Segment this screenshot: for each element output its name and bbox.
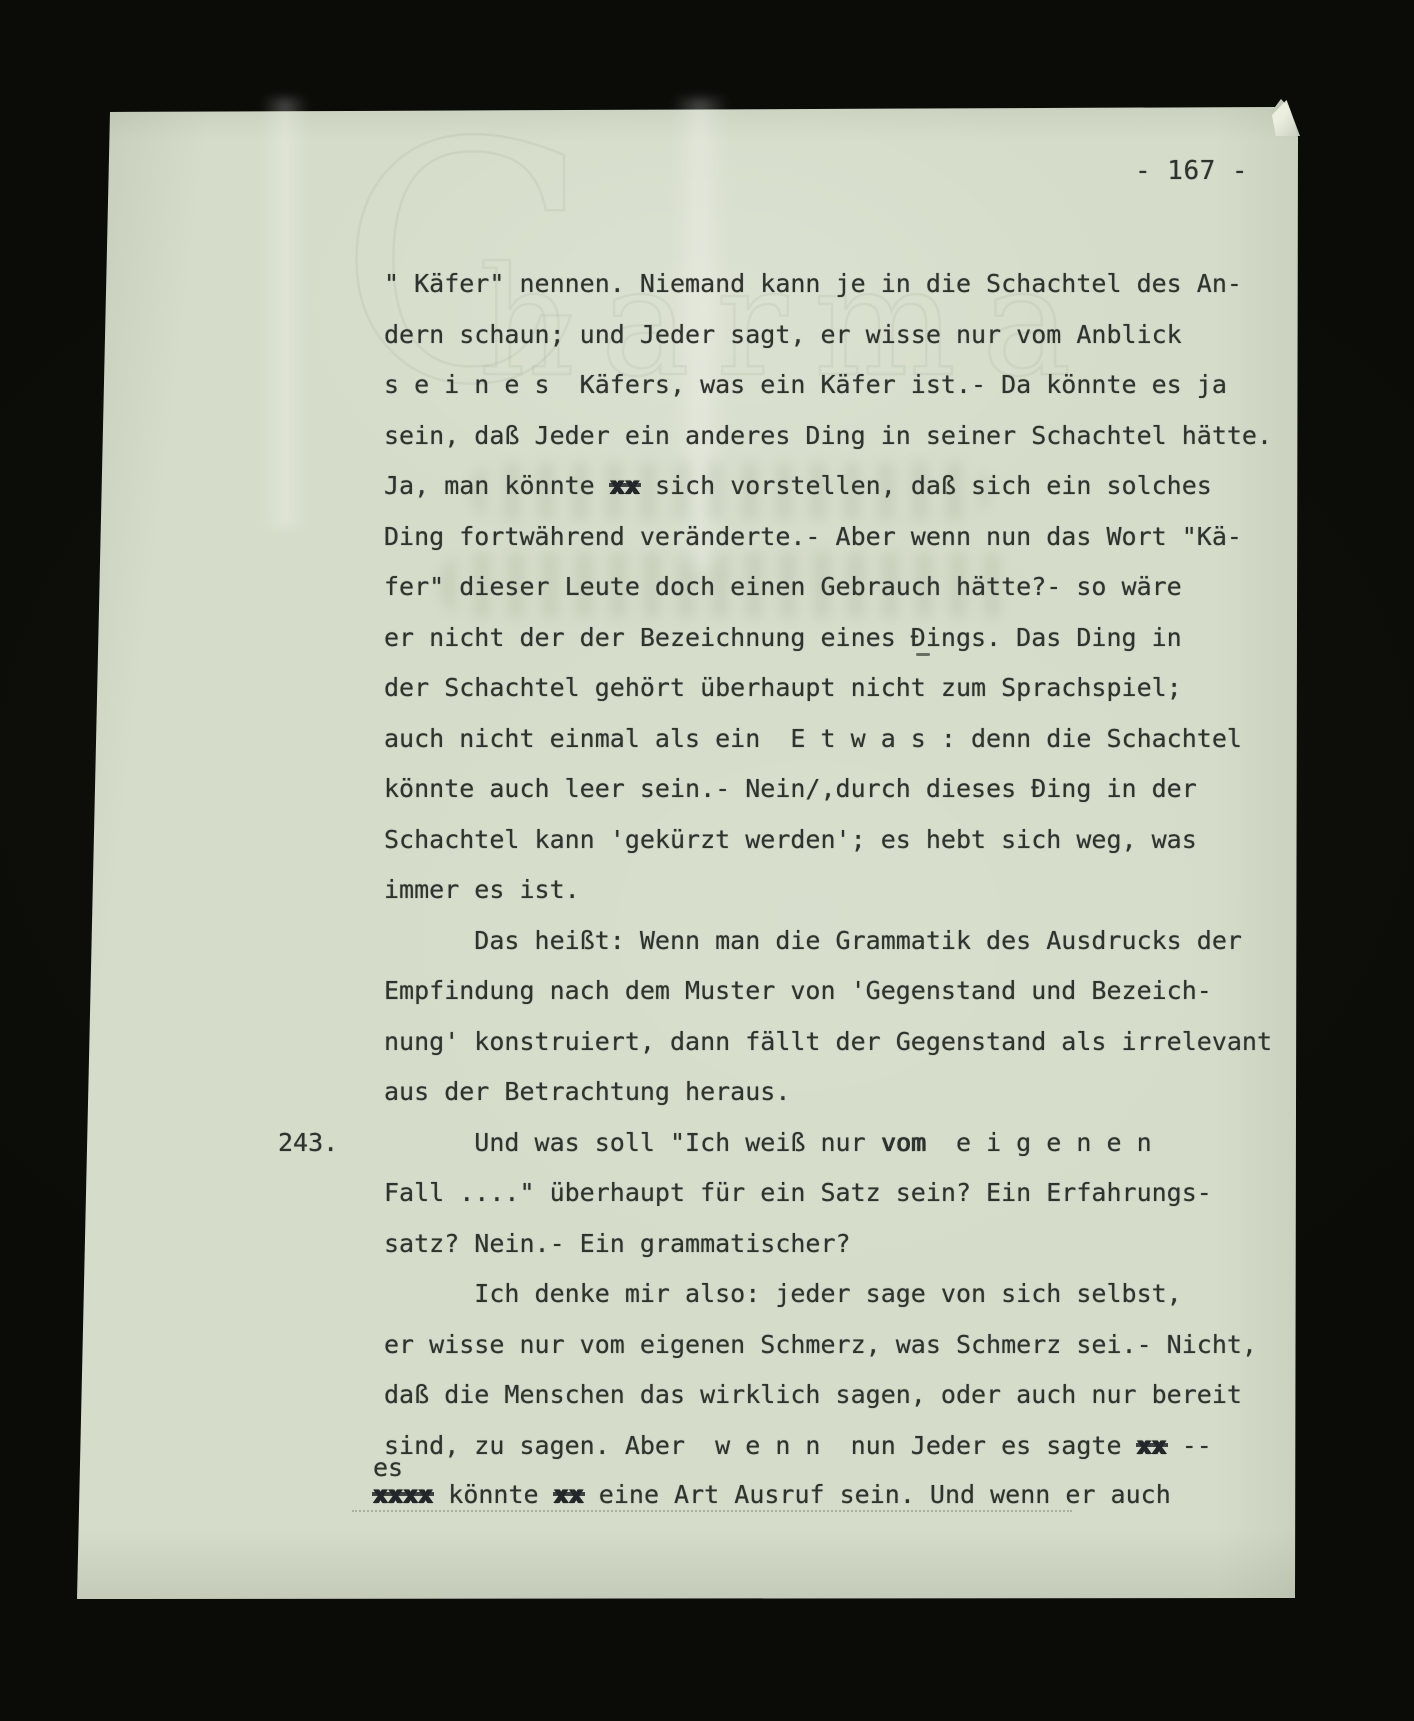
line-text: satz? Nein.- Ein grammatischer? — [384, 1229, 851, 1258]
text-line: Empfindung nach dem Muster von 'Gegensta… — [384, 966, 1344, 1017]
line-text: es — [373, 1453, 403, 1482]
text-block: " Käfer" nennen. Niemand kann je in die … — [384, 259, 1344, 1511]
line-text: er wisse nur vom eigenen Schmerz, was Sc… — [384, 1330, 1257, 1359]
text-line: sind, zu sagen. Aber w e n n nun Jeder e… — [384, 1421, 1344, 1472]
text-line: daß die Menschen das wirklich sagen, ode… — [384, 1370, 1344, 1421]
text-line: Schachtel kann 'gekürzt werden'; es hebt… — [384, 815, 1344, 866]
line-text: aus der Betrachtung heraus. — [384, 1077, 790, 1106]
line-text: könnte — [433, 1480, 553, 1509]
text-line: fer" dieser Leute doch einen Gebrauch hä… — [384, 562, 1344, 613]
text-line: Und was soll "Ich weiß nur vom e i g e n… — [384, 1118, 1344, 1169]
text-line: " Käfer" nennen. Niemand kann je in die … — [384, 259, 1344, 310]
text-line: der Schachtel gehört überhaupt nicht zum… — [384, 663, 1344, 714]
text-line: könnte auch leer sein.- Nein/,durch dies… — [384, 764, 1344, 815]
line-text: fer" dieser Leute doch einen Gebrauch hä… — [384, 572, 1182, 601]
line-text: s e i n e s Käfers, was ein Käfer ist.- … — [384, 370, 1227, 399]
text-line: Fall ...." überhaupt für ein Satz sein? … — [384, 1168, 1344, 1219]
line-text: Ding fortwährend veränderte.- Aber wenn … — [384, 522, 1242, 551]
line-text: dern schaun; und Jeder sagt, er wisse nu… — [384, 320, 1182, 349]
text-line: Ich denke mir also: jeder sage von sich … — [384, 1269, 1344, 1320]
text-line: satz? Nein.- Ein grammatischer? — [384, 1219, 1344, 1270]
text-line: s e i n e s Käfers, was ein Käfer ist.- … — [384, 360, 1344, 411]
scanned-page-stage: C harma - 167 - 243. " Käfer" nennen. Ni… — [0, 0, 1414, 1721]
text-line: immer es ist. — [384, 865, 1344, 916]
text-line: auch nicht einmal als ein E t w a s : de… — [384, 714, 1344, 765]
overstrike-text: xx — [1137, 1431, 1167, 1460]
line-text: daß die Menschen das wirklich sagen, ode… — [384, 1380, 1242, 1409]
line-text: vom — [881, 1128, 926, 1157]
text-line: Das heißt: Wenn man die Grammatik des Au… — [384, 916, 1344, 967]
overstrike-text: xx — [610, 471, 640, 500]
line-text: der Schachtel gehört überhaupt nicht zum… — [384, 673, 1182, 702]
line-text: Ja, man könnte — [384, 471, 610, 500]
overstrike-text: xxxx — [373, 1480, 433, 1509]
text-line: dern schaun; und Jeder sagt, er wisse nu… — [384, 310, 1344, 361]
page-number: - 167 - — [1135, 158, 1248, 184]
line-text: Empfindung nach dem Muster von 'Gegensta… — [384, 976, 1212, 1005]
line-text: Und was soll "Ich weiß nur — [384, 1128, 881, 1157]
text-line: aus der Betrachtung heraus. — [384, 1067, 1344, 1118]
overstrike-text: xx — [554, 1480, 584, 1509]
line-text: immer es ist. — [384, 875, 580, 904]
line-text: " Käfer" nennen. Niemand kann je in die … — [384, 269, 1242, 298]
line-text: eine Art Ausruf sein. Und wenn er auch — [584, 1480, 1171, 1509]
line-text: auch nicht einmal als ein E t w a s : de… — [384, 724, 1242, 753]
margin-section-number: 243. — [278, 1130, 338, 1155]
line-text: nung' konstruiert, dann fällt der Gegens… — [384, 1027, 1272, 1056]
text-line: er nicht der der Bezeichnung eines Ðings… — [384, 613, 1344, 664]
text-line: Ding fortwährend veränderte.- Aber wenn … — [384, 512, 1344, 563]
line-text: Das heißt: Wenn man die Grammatik des Au… — [384, 926, 1242, 955]
line-text: e i g e n e n — [926, 1128, 1152, 1157]
line-text: Schachtel kann 'gekürzt werden'; es hebt… — [384, 825, 1197, 854]
line-text: sein, daß Jeder ein anderes Ding in sein… — [384, 421, 1272, 450]
line-text: Ich denke mir also: jeder sage von sich … — [384, 1279, 1182, 1308]
line-text: könnte auch leer sein.- Nein/,durch dies… — [384, 774, 1197, 803]
stray-ink-mark — [916, 653, 930, 656]
text-line: sein, daß Jeder ein anderes Ding in sein… — [384, 411, 1344, 462]
line-text: Fall ...." überhaupt für ein Satz sein? … — [384, 1178, 1212, 1207]
text-line: xxxx könnte xx eine Art Ausruf sein. Und… — [373, 1479, 1344, 1511]
line-text: sind, zu sagen. Aber w e n n nun Jeder e… — [384, 1431, 1137, 1460]
line-text: -- — [1167, 1431, 1212, 1460]
line-text: sich vorstellen, daß sich ein solches — [640, 471, 1212, 500]
line-text: er nicht der der Bezeichnung eines Ðings… — [384, 623, 1182, 652]
dog-ear-corner-fold — [1272, 100, 1300, 136]
faint-scratch-line — [352, 1510, 1072, 1512]
text-line: nung' konstruiert, dann fällt der Gegens… — [384, 1017, 1344, 1068]
text-line: Ja, man könnte xx sich vorstellen, daß s… — [384, 461, 1344, 512]
text-line: er wisse nur vom eigenen Schmerz, was Sc… — [384, 1320, 1344, 1371]
